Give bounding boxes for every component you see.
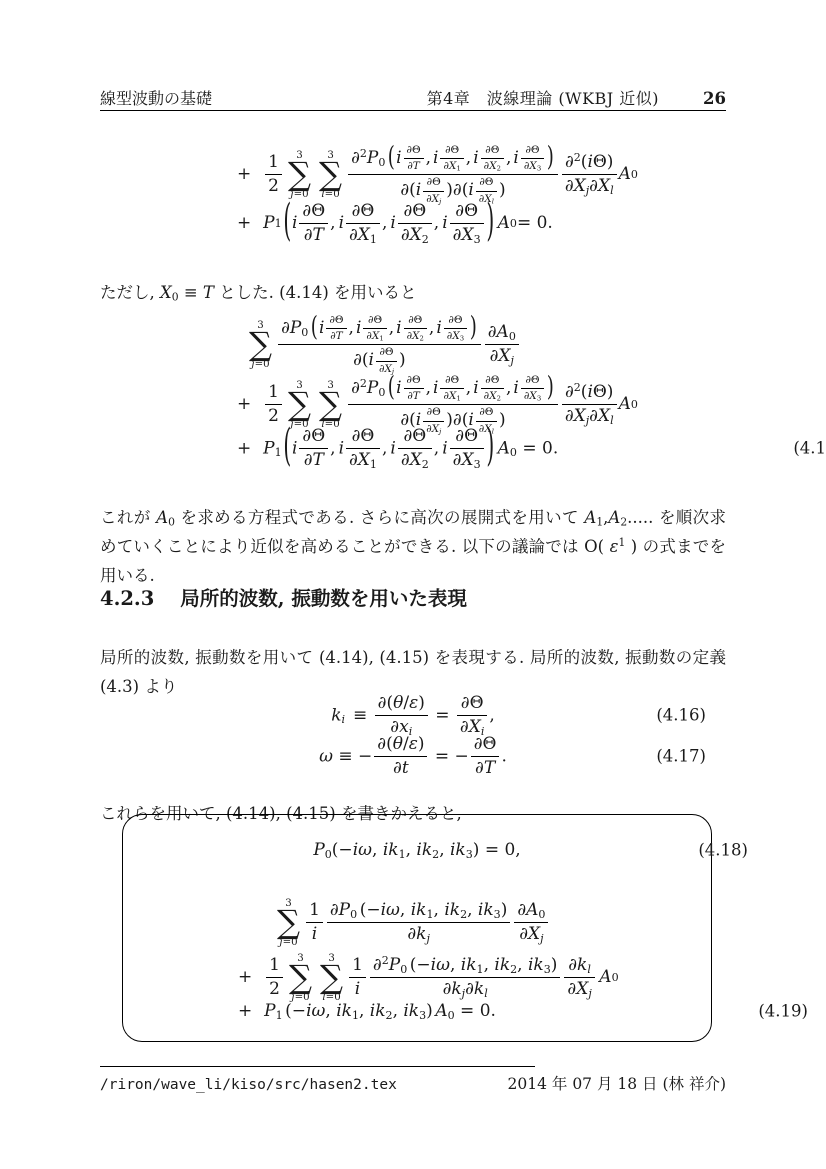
equation-4-15-line-1: 3∑j=0∂P0(i∂Θ∂T,i∂Θ∂X1,i∂Θ∂X2,i∂Θ∂X3)∂(i∂… xyxy=(100,314,826,376)
equation-number-4-19: (4.19) xyxy=(758,1001,808,1022)
result-equation-box: P0(−iω, ik1, ik2, ik3) = 0, (4.18) 3∑j=0… xyxy=(122,814,712,1042)
running-header: 線型波動の基礎 第4章 波線理論 (WKBJ 近似) 26 xyxy=(100,86,726,109)
document-page: 線型波動の基礎 第4章 波線理論 (WKBJ 近似) 26 +123∑j=03∑… xyxy=(0,0,826,1169)
equation-continued-p1-line: +P1(i∂Θ∂T,i∂Θ∂X1,i∂Θ∂X2,i∂Θ∂X3)A0 = 0. xyxy=(100,201,826,247)
paragraph-tadashi: ただし, X0 ≡ T とした. (4.14) を用いると xyxy=(100,278,726,307)
equation-4-16-body: ki ≡ ∂(θ/ε)∂xi = ∂Θ∂Xi, xyxy=(331,693,495,739)
equation-4-19-line-3: +P1(−iω, ik1, ik2, ik3)A0 = 0. (4.19) xyxy=(123,1001,826,1022)
equation-4-18-body: P0(−iω, ik1, ik2, ik3) = 0, xyxy=(313,840,520,861)
header-chapter-title: 第4章 波線理論 (WKBJ 近似) xyxy=(427,86,659,109)
paragraph-korega: これが A0 を求める方程式である. さらに高次の展開式を用いて A1,A2..… xyxy=(100,503,726,590)
footer-rule xyxy=(100,1066,535,1067)
equation-4-15-line-3: +P1(i∂Θ∂T,i∂Θ∂X1,i∂Θ∂X2,i∂Θ∂X3)A0 = 0. (… xyxy=(100,426,826,472)
equation-4-19-line-2: +123∑j=03∑l=01i∂2P0(−iω, ik1, ik2, ik3)∂… xyxy=(123,953,826,1003)
section-heading-4-2-3: 4.2.3局所的波数, 振動数を用いた表現 xyxy=(100,583,726,611)
header-rule xyxy=(100,110,726,111)
paragraph-kyokusho: 局所的波数, 振動数を用いて (4.14), (4.15) を表現する. 局所的… xyxy=(100,643,726,701)
footer-date: 2014 年 07 月 18 日 (林 祥介) xyxy=(508,1072,726,1094)
header-right-group: 第4章 波線理論 (WKBJ 近似) 26 xyxy=(427,86,726,109)
equation-number-4-15: (4.15) xyxy=(793,438,826,459)
section-title: 局所的波数, 振動数を用いた表現 xyxy=(180,587,467,610)
equation-number-4-18: (4.18) xyxy=(698,840,748,861)
footer-source-path: /riron/wave_li/kiso/src/hasen2.tex xyxy=(100,1077,397,1093)
equation-4-19-line-3-body: +P1(−iω, ik1, ik2, ik3)A0 = 0. xyxy=(238,1001,496,1022)
equation-4-15-line-3-body: +P1(i∂Θ∂T,i∂Θ∂X1,i∂Θ∂X2,i∂Θ∂X3)A0 = 0. xyxy=(237,426,558,472)
header-book-title: 線型波動の基礎 xyxy=(100,86,212,109)
equation-4-19-line-1: 3∑j=01i∂P0(−iω, ik1, ik2, ik3)∂kj∂A0∂Xj xyxy=(123,898,826,948)
equation-4-16: ki ≡ ∂(θ/ε)∂xi = ∂Θ∂Xi, (4.16) xyxy=(100,693,726,739)
equation-continued-sum-line: +123∑j=03∑l=0∂2P0(i∂Θ∂T,i∂Θ∂X1,i∂Θ∂X2,i∂… xyxy=(100,144,826,206)
equation-4-17-body: ω ≡ −∂(θ/ε)∂t = −∂Θ∂T. xyxy=(319,734,507,780)
page-footer: /riron/wave_li/kiso/src/hasen2.tex 2014 … xyxy=(100,1072,726,1094)
equation-4-18: P0(−iω, ik1, ik2, ik3) = 0, (4.18) xyxy=(123,840,766,861)
equation-number-4-16: (4.16) xyxy=(656,705,706,726)
equation-number-4-17: (4.17) xyxy=(656,746,706,767)
section-number: 4.2.3 xyxy=(100,587,154,610)
header-page-number: 26 xyxy=(703,89,726,108)
equation-4-17: ω ≡ −∂(θ/ε)∂t = −∂Θ∂T. (4.17) xyxy=(100,734,726,780)
